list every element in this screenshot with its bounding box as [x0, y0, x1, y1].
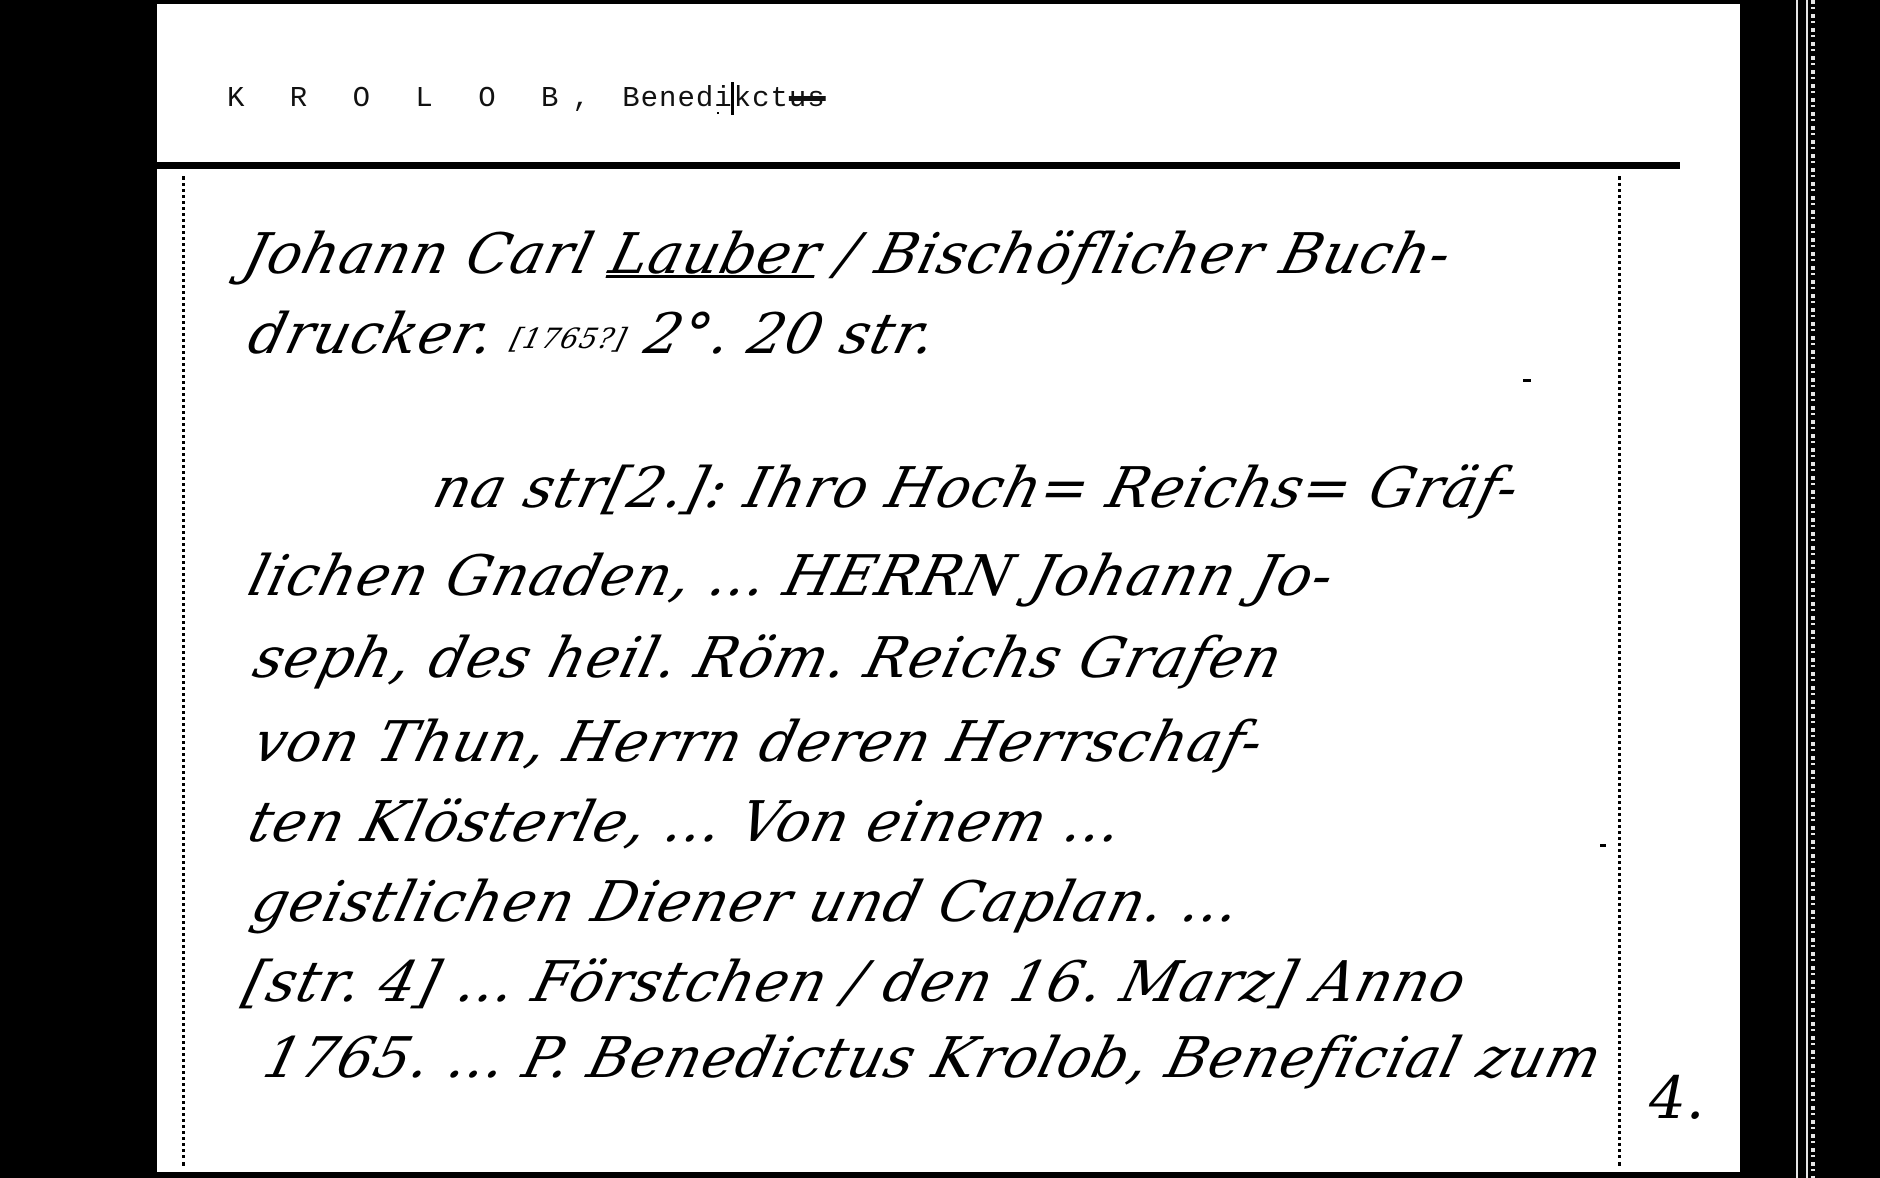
hw-text: 2°. 20 str.	[619, 302, 943, 367]
scan-line	[1806, 0, 1808, 1178]
card-heading: K R O L O B, Benedikctus	[227, 82, 826, 115]
hw-text: / Bischöflicher Buch-	[812, 222, 1459, 287]
hw-text: Johann Carl	[237, 222, 619, 287]
left-margin-dotted-line	[182, 176, 185, 1166]
scan-line	[1796, 0, 1798, 1178]
handwritten-line-8: geistlichen Diener und Caplan. ...	[245, 870, 1248, 935]
right-margin-dotted-line	[1618, 176, 1621, 1166]
handwritten-line-1: Johann Carl Lauber / Bischöflicher Buch-	[237, 222, 1459, 287]
stray-mark	[717, 112, 719, 114]
header-divider	[157, 162, 1680, 169]
handwritten-line-10: 1765. ... P. Benedictus Krolob, Benefici…	[257, 1026, 1609, 1091]
handwritten-line-5: seph, des heil. Röm. Reichs Grafen	[247, 626, 1289, 691]
stray-mark	[1600, 844, 1606, 847]
handwritten-line-4: lichen Gnaden, ... HERRN Johann Jo-	[242, 544, 1341, 609]
surname: K R O L O B,	[227, 82, 604, 115]
index-card: K R O L O B, Benedikctus Johann Carl Lau…	[157, 4, 1740, 1172]
handwritten-line-7: ten Klösterle, ... Von einem ...	[242, 790, 1130, 855]
page-number: 4.	[1649, 1064, 1704, 1132]
underlined-name: Lauber	[603, 222, 828, 287]
handwritten-line-3: na str[2.]: Ihro Hoch= Reichs= Gräf-	[427, 456, 1526, 521]
overstruck-letter: k	[731, 82, 752, 115]
scan-line	[1811, 0, 1815, 1178]
handwritten-line-9: [str. 4] ... Förstchen / den 16. Marz] A…	[237, 950, 1473, 1015]
given-name-tail: ct	[752, 82, 789, 115]
struck-out-letters: us	[789, 82, 826, 115]
given-name-part: Benedi	[622, 82, 732, 115]
date-bracket: [1765?]	[507, 322, 630, 355]
handwritten-line-2: drucker. [1765?] 2°. 20 str.	[242, 302, 943, 367]
hw-text: drucker.	[242, 302, 521, 367]
stray-mark	[1523, 379, 1531, 382]
handwritten-line-6: von Thun, Herrn deren Herrschaf-	[247, 710, 1270, 775]
